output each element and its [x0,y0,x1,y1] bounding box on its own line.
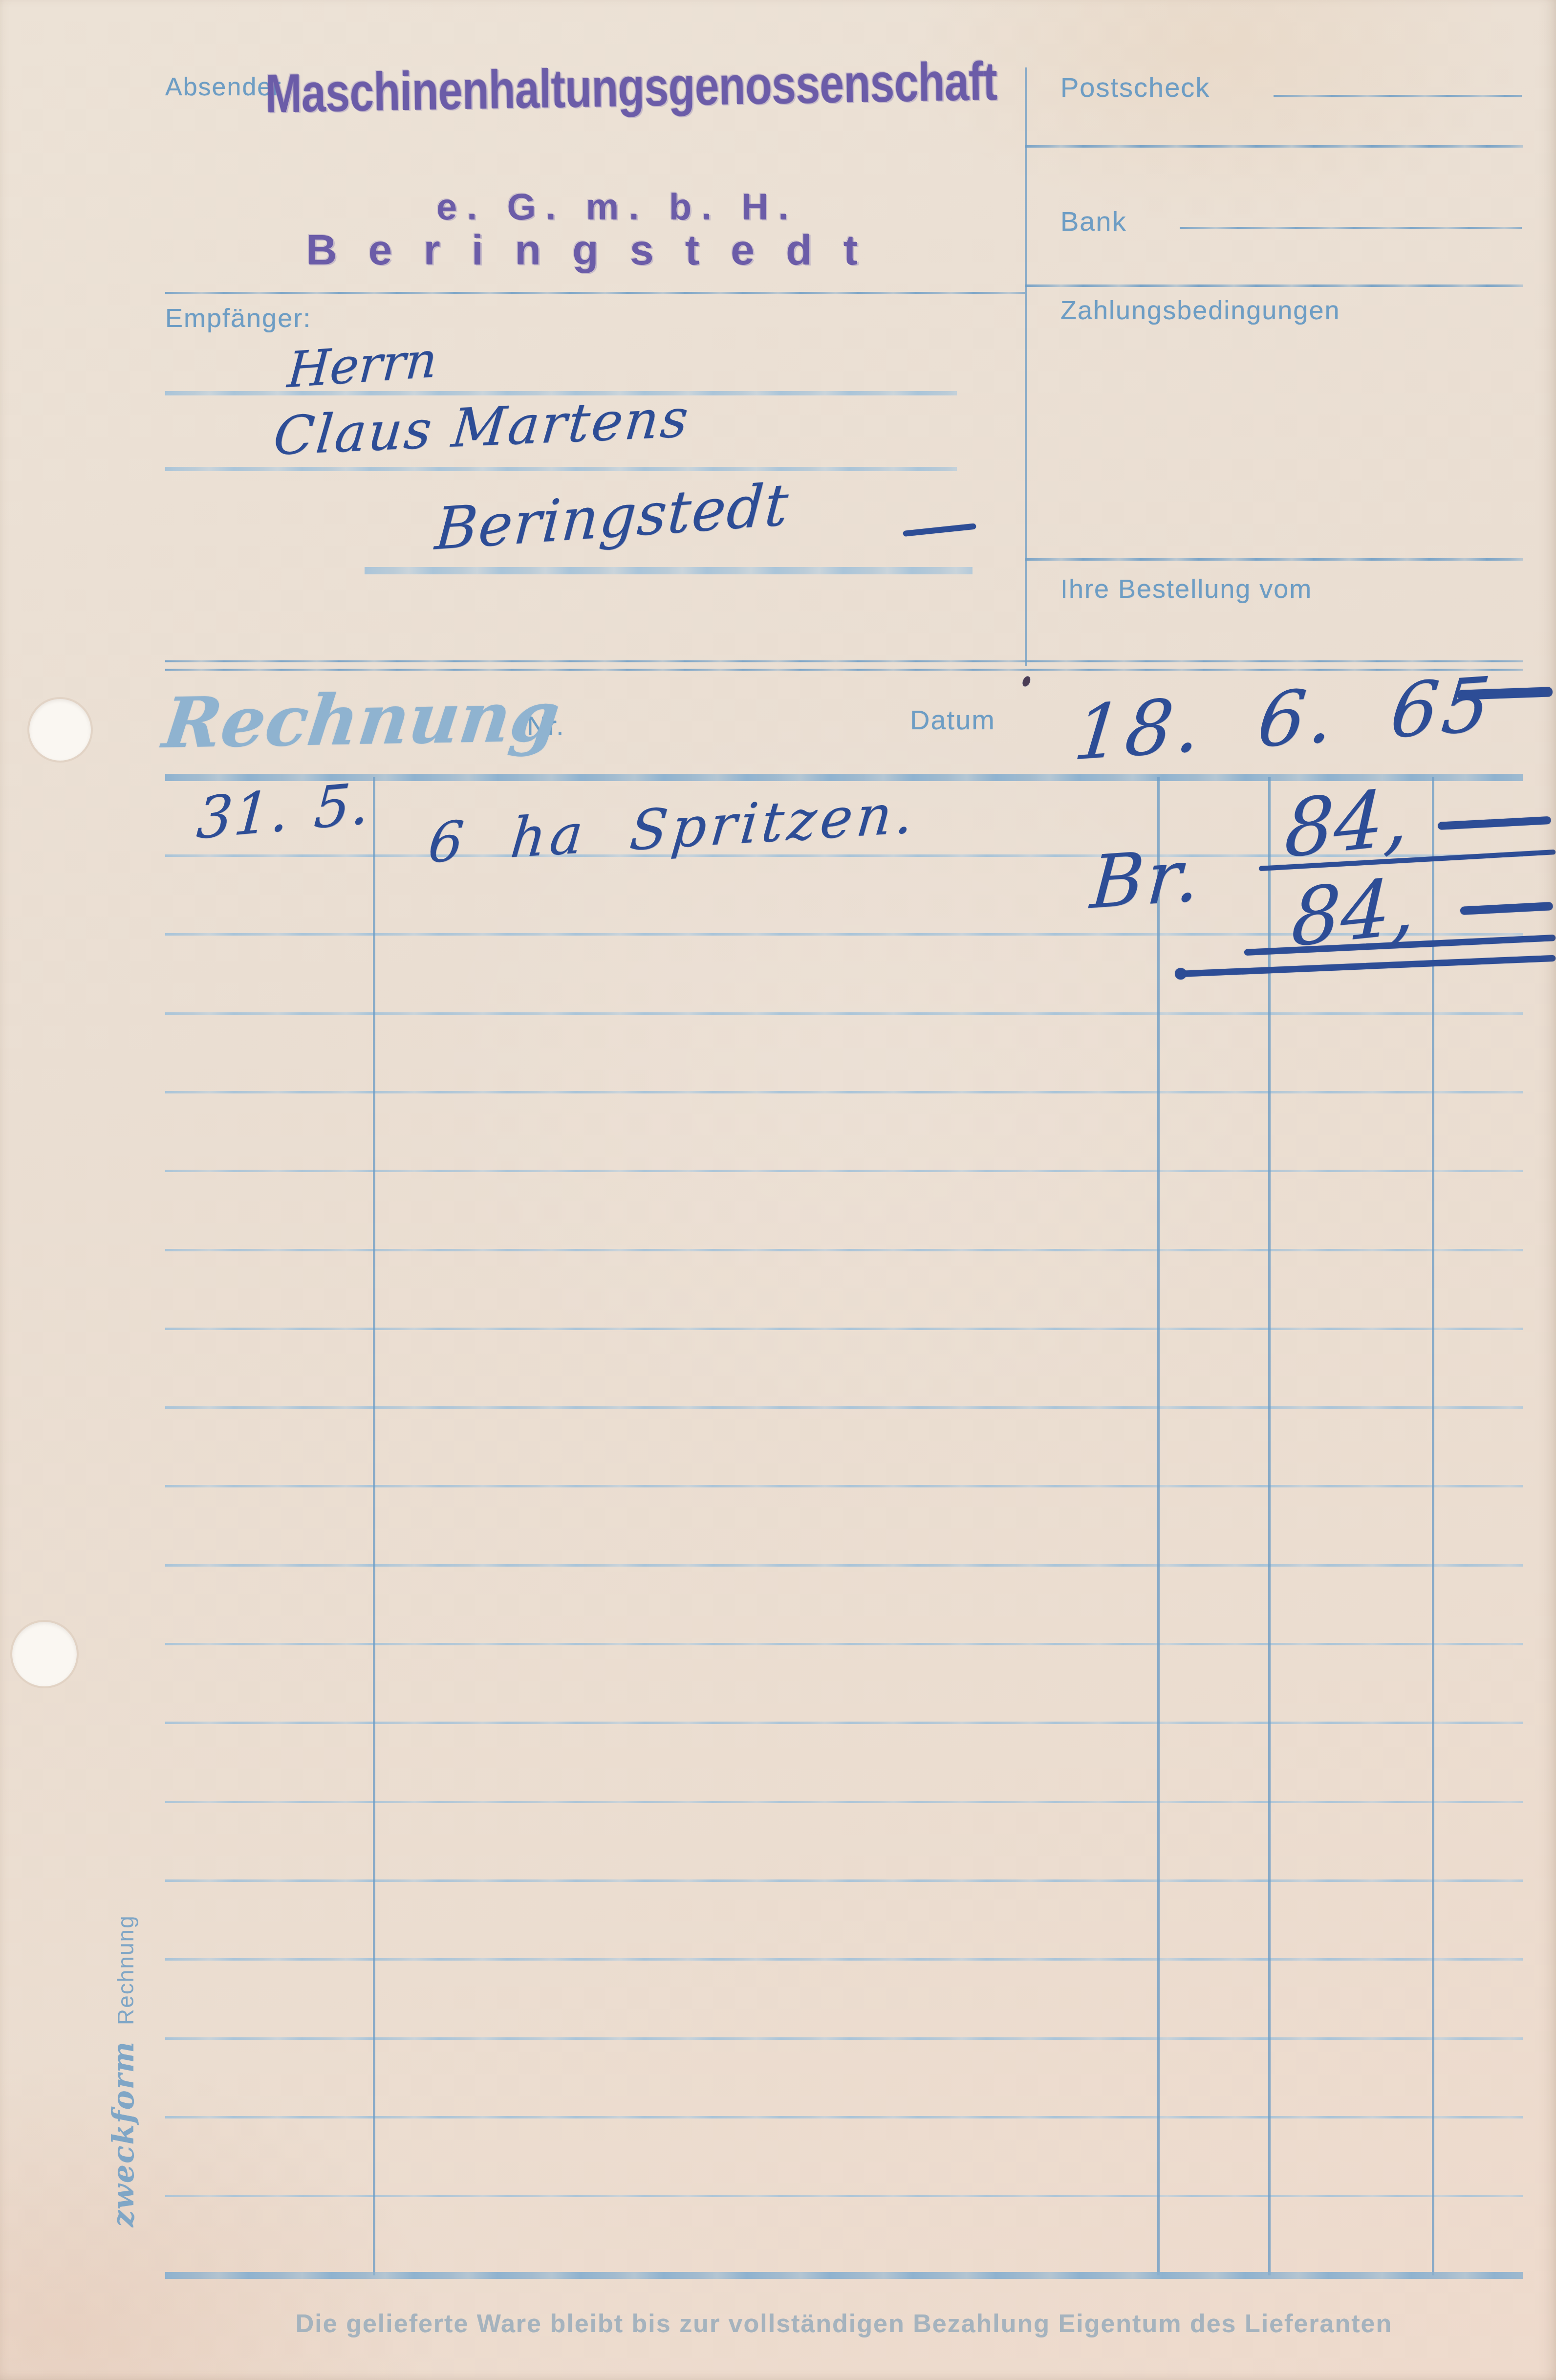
table-row-line [165,1643,1523,1645]
absender-label: Absender [165,72,282,102]
table-row-line [165,2116,1523,2118]
brand-form-type: Rechnung [113,1915,138,2025]
table-row-line [165,2037,1523,2040]
table-row-line [165,2195,1523,2197]
datum-label: Datum [910,704,995,736]
invoice-title: Rechnung [159,676,564,764]
table-row-line [165,1485,1523,1487]
table-row-line [165,1722,1523,1724]
table-row-line [165,1249,1523,1251]
table-row-line [165,1328,1523,1330]
table-row-line [165,1958,1523,1961]
table-row-line [165,1801,1523,1803]
table-column-line-amount [1268,777,1271,2275]
table-row-line [165,1564,1523,1567]
table-column-line-qty [1157,777,1160,2275]
bestellung-label: Ihre Bestellung vom [1060,574,1312,604]
bank-label: Bank [1060,205,1127,237]
footer-note: Die gelieferte Ware bleibt bis zur volls… [165,2309,1523,2338]
table-row-line [165,1406,1523,1409]
total-underline-ink-blob [1175,968,1187,980]
sender-stamp-line1: Maschinenhaltungsgenossenschaft [265,50,997,126]
scanned-invoice-page: Absender Postscheck Bank Zahlungsbedingu… [0,0,1556,2380]
table-row-line [165,1091,1523,1093]
brand-logo-text: zweckform [107,2041,141,2227]
printer-brand-vertical: zweckformRechnung [107,1915,141,2227]
table-bottom-border [165,2272,1523,2279]
table-row-line [165,1879,1523,1882]
table-row-line [165,1170,1523,1172]
sender-stamp-line2: e. G. m. b. H. [436,186,798,228]
postscheck-label: Postscheck [1060,71,1210,103]
table-column-line-pfennig [1432,777,1434,2275]
table-row-lines [0,0,1556,2380]
table-column-line-date [373,777,375,2275]
zahlungsbedingungen-label: Zahlungsbedingungen [1060,295,1340,326]
sender-stamp-line3: Beringstedt [306,225,889,275]
table-row-line [165,1012,1523,1015]
total-label-handwriting: Br. [1088,832,1205,925]
recipient-handwriting-line1: Herrn [285,331,439,399]
empfaenger-label: Empfänger: [165,303,311,333]
